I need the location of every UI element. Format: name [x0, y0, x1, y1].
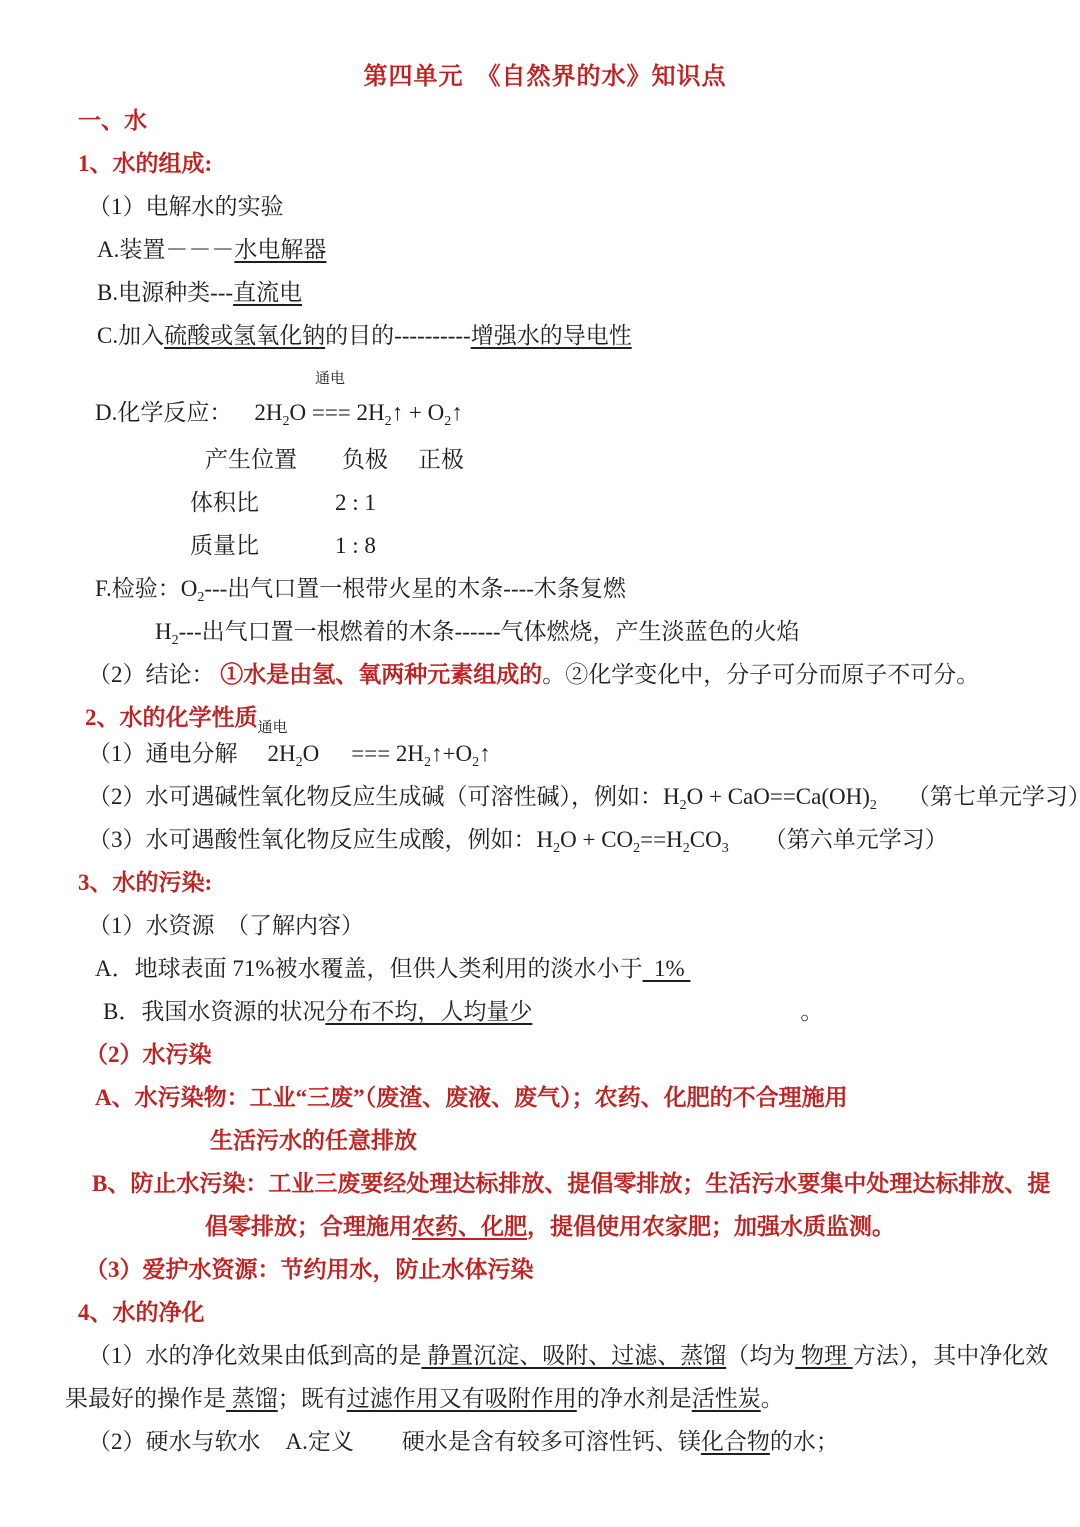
line-protect-water-resources-seg-0: （3）爱护水资源：节约用水，防止水体污染: [85, 1257, 534, 1282]
line-mass-ratio: 质量比1 : 8: [65, 524, 1025, 567]
line-purpose-additive-seg-1: 硫酸或氢氧化钠: [164, 323, 325, 348]
heading-water: 一、水: [65, 99, 1025, 142]
line-chemical-reaction-equation-seg-5: ↑ + O: [392, 400, 445, 425]
line-water-resources-seg-0: （1）水资源 （了解内容）: [88, 913, 364, 938]
line-water-basic-oxide-seg-1: 2: [680, 798, 687, 813]
line-water-acidic-oxide-seg-7: 3: [722, 841, 729, 856]
line-hard-soft-water-seg-0: （2）硬水与软水: [88, 1429, 261, 1454]
line-mass-ratio-seg-1: 1 : 8: [335, 533, 376, 558]
line-device-seg-1: 水电解器: [234, 237, 326, 262]
line-test-o2-seg-2: ---出气口置一根带火星的木条----木条复燃: [204, 576, 626, 601]
line-hard-soft-water: （2）硬水与软水A.定义硬水是含有较多可溶性钙、镁化合物的水；: [65, 1420, 1025, 1463]
line-conclusion-seg-0: （2）结论：: [88, 662, 220, 687]
doc-title-seg-0: 第四单元 《自然界的水》知识点: [364, 64, 727, 90]
label-tongdian-over-equation-seg-0: 通电: [315, 371, 345, 387]
line-pollutants-seg-0: A、水污染物：工业“三废”（废渣、废液、废气）；农药、化肥的不合理施用: [95, 1085, 848, 1110]
line-china-water-status-seg-0: B．我国水资源的状况: [103, 999, 325, 1024]
line-prevent-pollution-1: B、防止水污染：工业三废要经处理达标排放、提倡零排放；生活污水要集中处理达标排放…: [65, 1162, 1025, 1205]
heading-water-composition-seg-0: 1、水的组成:: [78, 151, 212, 176]
line-water-acidic-oxide: （3）水可遇酸性氧化物反应生成酸，例如：H2O + CO2==H2CO3（第六单…: [65, 818, 1025, 861]
line-purification-methods-2-seg-3: 过滤作用又有吸附作用: [347, 1386, 577, 1411]
line-electrolysis-decomposition-seg-6: ↑+O: [431, 741, 472, 766]
heading-water-pollution-seg-0: 3、水的污染:: [78, 870, 212, 895]
line-mass-ratio-seg-0: 质量比: [190, 533, 259, 558]
line-earth-surface-water-seg-0: A．地球表面 71%被水覆盖，但供人类利用的淡水小于: [95, 956, 643, 981]
line-conclusion: （2）结论： ①水是由氢、氧两种元素组成的。②化学变化中，分子可分而原子不可分。: [65, 653, 1025, 696]
line-water-acidic-oxide-seg-4: ==H: [640, 827, 683, 852]
line-electrolysis-experiment-seg-0: （1）电解水的实验: [88, 194, 284, 219]
line-device-seg-0: A.装置－－－: [97, 237, 234, 262]
line-gas-position-header-seg-0: 产生位置: [205, 447, 297, 472]
line-water-acidic-oxide-seg-8: （第六单元学习）: [764, 827, 948, 852]
line-water-resources: （1）水资源 （了解内容）: [65, 904, 1025, 947]
line-test-o2-seg-0: F.检验：O: [95, 576, 197, 601]
label-tongdian-over-equation: 通电: [65, 367, 1025, 391]
line-purpose-additive-seg-0: C.加入: [97, 323, 164, 348]
line-water-acidic-oxide-seg-6: CO: [690, 827, 722, 852]
line-prevent-pollution-1-seg-0: B、防止水污染：工业三废要经处理达标排放、提倡零排放；生活污水要集中处理达标排放…: [92, 1171, 1050, 1196]
line-china-water-status: B．我国水资源的状况分布不均，人均量少。: [65, 990, 1025, 1033]
line-chemical-reaction-equation-seg-7: ↑: [451, 400, 463, 425]
line-hard-soft-water-seg-4: 的水；: [770, 1429, 839, 1454]
line-earth-surface-water-seg-1: 1%: [643, 956, 691, 981]
line-prevent-pollution-2: 倡零排放；合理施用农药、化肥，提倡使用农家肥；加强水质监测。: [65, 1205, 1025, 1248]
line-china-water-status-seg-2: 。: [800, 999, 823, 1024]
line-electrolysis-decomposition-seg-2: 2: [296, 755, 303, 770]
line-hard-soft-water-seg-1: A.定义: [286, 1429, 354, 1454]
line-water-acidic-oxide-seg-5: 2: [683, 841, 690, 856]
line-purification-methods-2-seg-6: 。: [761, 1386, 784, 1411]
line-prevent-pollution-2-seg-2: ，提倡使用农家肥；加强水质监测。: [527, 1214, 895, 1239]
line-purification-methods-2-seg-1: 蒸馏: [226, 1386, 278, 1411]
line-hard-soft-water-seg-3: 化合物: [701, 1429, 770, 1454]
line-power-type-seg-1: 直流电: [233, 280, 302, 305]
line-test-h2: H2---出气口置一根燃着的木条------气体燃烧，产生淡蓝色的火焰: [65, 610, 1025, 653]
line-test-h2-seg-2: ---出气口置一根燃着的木条------气体燃烧，产生淡蓝色的火焰: [179, 619, 800, 644]
line-water-basic-oxide: （2）水可遇碱性氧化物反应生成碱（可溶性碱），例如：H2O + CaO==Ca(…: [65, 775, 1025, 818]
line-chemical-reaction-equation-seg-3: O === 2H: [290, 400, 385, 425]
line-electrolysis-decomposition-seg-0: （1）通电分解: [88, 741, 238, 766]
line-test-o2: F.检验：O2---出气口置一根带火星的木条----木条复燃: [65, 567, 1025, 610]
line-test-h2-seg-1: 2: [172, 633, 179, 648]
heading-water-contamination: （2）水污染: [65, 1033, 1025, 1076]
line-gas-position-header: 产生位置负极正极: [65, 438, 1025, 481]
line-purification-methods-1-seg-1: 静置沉淀、吸附、过滤、蒸馏: [422, 1343, 727, 1368]
line-purification-methods-1-seg-4: 方法），其中净化效: [853, 1343, 1049, 1368]
line-purification-methods-2-seg-5: 活性炭: [692, 1386, 761, 1411]
line-purification-methods-2-seg-2: ；既有: [278, 1386, 347, 1411]
line-purpose-additive: C.加入硫酸或氢氧化钠的目的----------增强水的导电性: [65, 314, 1025, 357]
line-domestic-sewage: 生活污水的任意排放: [65, 1119, 1025, 1162]
line-purification-methods-2: 果最好的操作是 蒸馏；既有过滤作用又有吸附作用的净水剂是活性炭。: [65, 1377, 1025, 1420]
line-electrolysis-decomposition-seg-5: 2: [424, 755, 431, 770]
line-electrolysis-decomposition: （1）通电分解2H2O=== 2H2↑+O2↑: [65, 732, 1025, 775]
line-domestic-sewage-seg-0: 生活污水的任意排放: [210, 1128, 417, 1153]
line-electrolysis-decomposition-seg-1: 2H: [268, 741, 296, 766]
line-protect-water-resources: （3）爱护水资源：节约用水，防止水体污染: [65, 1248, 1025, 1291]
line-test-h2-seg-0: H: [155, 619, 172, 644]
heading-water-purification: 4、水的净化: [65, 1291, 1025, 1334]
line-chemical-reaction-equation-seg-0: D.化学反应：: [95, 400, 232, 425]
heading-water-purification-seg-0: 4、水的净化: [78, 1300, 205, 1325]
line-volume-ratio-seg-1: 2 : 1: [335, 490, 376, 515]
line-purpose-additive-seg-2: 的目的----------: [325, 323, 471, 348]
line-power-type: B.电源种类---直流电: [65, 271, 1025, 314]
line-purification-methods-1-seg-0: （1）水的净化效果由低到高的是: [88, 1343, 422, 1368]
heading-water-pollution: 3、水的污染:: [65, 861, 1025, 904]
line-water-acidic-oxide-seg-2: O + CO: [560, 827, 633, 852]
line-water-acidic-oxide-seg-0: （3）水可遇酸性氧化物反应生成酸，例如：H: [88, 827, 553, 852]
line-china-water-status-seg-1: 分布不均，人均量少: [325, 999, 532, 1024]
line-volume-ratio-seg-0: 体积比: [190, 490, 259, 515]
line-electrolysis-experiment: （1）电解水的实验: [65, 185, 1025, 228]
line-chemical-reaction-equation-seg-1: 2H: [254, 400, 282, 425]
heading-water-seg-0: 一、水: [78, 108, 147, 133]
line-chemical-reaction-equation: D.化学反应：2H2O === 2H2↑ + O2↑: [65, 391, 1025, 434]
heading-water-chemical-properties-seg-0: 2、水的化学性质: [85, 705, 258, 730]
line-electrolysis-decomposition-seg-3: O: [303, 741, 320, 766]
line-gas-position-header-seg-1: 负极: [342, 447, 388, 472]
line-pollutants: A、水污染物：工业“三废”（废渣、废液、废气）；农药、化肥的不合理施用: [65, 1076, 1025, 1119]
line-electrolysis-decomposition-seg-4: === 2H: [351, 741, 424, 766]
line-water-basic-oxide-seg-2: O + CaO==Ca(OH): [687, 784, 870, 809]
line-earth-surface-water: A．地球表面 71%被水覆盖，但供人类利用的淡水小于 1%: [65, 947, 1025, 990]
line-power-type-seg-0: B.电源种类---: [97, 280, 233, 305]
line-purification-methods-2-seg-4: 的净水剂是: [577, 1386, 692, 1411]
line-chemical-reaction-equation-seg-4: 2: [385, 414, 392, 429]
line-water-basic-oxide-seg-3: 2: [870, 798, 877, 813]
line-device: A.装置－－－水电解器: [65, 228, 1025, 271]
line-conclusion-seg-2: 。②化学变化中，分子可分而原子不可分。: [542, 662, 979, 687]
line-purification-methods-1: （1）水的净化效果由低到高的是 静置沉淀、吸附、过滤、蒸馏（均为 物理 方法），…: [65, 1334, 1025, 1377]
line-prevent-pollution-2-seg-1: 农药、化肥: [412, 1214, 527, 1239]
line-prevent-pollution-2-seg-0: 倡零排放；合理施用: [205, 1214, 412, 1239]
line-chemical-reaction-equation-seg-2: 2: [283, 414, 290, 429]
document-page: 第四单元 《自然界的水》知识点一、水1、水的组成:（1）电解水的实验A.装置－－…: [0, 0, 1080, 1527]
line-water-basic-oxide-seg-4: （第七单元学习）: [907, 784, 1080, 809]
line-electrolysis-decomposition-seg-8: ↑: [479, 741, 491, 766]
line-purpose-additive-seg-3: 增强水的导电性: [471, 323, 632, 348]
line-hard-soft-water-seg-2: 硬水是含有较多可溶性钙、镁: [402, 1429, 701, 1454]
line-water-basic-oxide-seg-0: （2）水可遇碱性氧化物反应生成碱（可溶性碱），例如：H: [88, 784, 680, 809]
line-gas-position-header-seg-2: 正极: [418, 447, 464, 472]
line-purification-methods-1-seg-3: 物理: [795, 1343, 853, 1368]
line-conclusion-seg-1: ①水是由氢、氧两种元素组成的: [220, 662, 542, 687]
line-purification-methods-1-seg-2: （均为: [726, 1343, 795, 1368]
heading-water-composition: 1、水的组成:: [65, 142, 1025, 185]
doc-title: 第四单元 《自然界的水》知识点: [65, 56, 1025, 99]
line-purification-methods-2-seg-0: 果最好的操作是: [65, 1386, 226, 1411]
heading-water-contamination-seg-0: （2）水污染: [85, 1042, 212, 1067]
line-volume-ratio: 体积比2 : 1: [65, 481, 1025, 524]
